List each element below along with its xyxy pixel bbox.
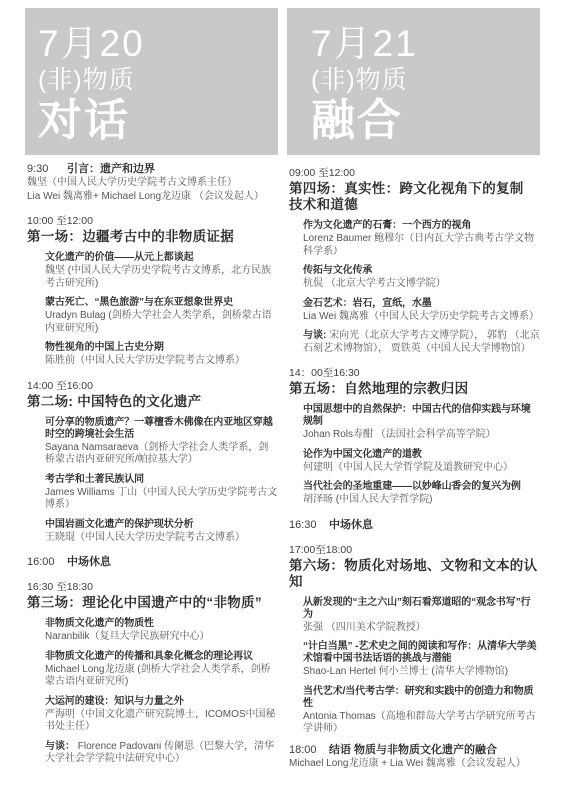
talk-speaker: Lorenz Baumer 鲍穆尔（日内瓦大学古典考古学文物科学系） xyxy=(303,233,540,258)
talk-item: 考古学和土著民族认同James Williams 丁山（中国人民大学历史学院考古… xyxy=(45,474,278,512)
program-column-july20: 7月20 (非)物质 对话 9:30引言：遗产和边界魏坚（中国人民大学历史学院考… xyxy=(25,8,278,800)
session-talks: 非物质文化遗产的物质性Naranbilik（复旦大学民族研究中心）非物质文化遗产… xyxy=(27,618,278,766)
session-talks: 作为文化遗产的石膏：一个西方的视角Lorenz Baumer 鲍穆尔（日内瓦大学… xyxy=(289,220,540,355)
break-item: 16:00中场休息 xyxy=(27,556,278,569)
session-time: 16:30 至18:30 xyxy=(27,581,278,593)
break-item: 16:30中场休息 xyxy=(289,519,540,532)
session-time: 09:00 至12:00 xyxy=(289,167,540,179)
schedule-july20: 9:30引言：遗产和边界魏坚（中国人民大学历史学院考古文博系主任）Lia Wei… xyxy=(25,163,278,766)
talk-title: 非物质文化遗产的物质性 xyxy=(45,618,278,630)
talk-title: 金石艺术：岩石，宣纸，水墨 xyxy=(303,298,540,310)
talk-item: 当代社会的圣地重建——以妙峰山香会的复兴为例胡泽旸 (中国人民大学哲学院) xyxy=(303,481,540,507)
program-event: 9:30引言：遗产和边界魏坚（中国人民大学历史学院考古文博系主任）Lia Wei… xyxy=(27,163,278,203)
event-head: 9:30引言：遗产和边界 xyxy=(27,163,278,176)
talk-title: 中国思想中的自然保护：中国古代的信仰实践与环境规制 xyxy=(303,404,540,428)
session-title: 第一场：边疆考古中的非物质证据 xyxy=(27,229,278,245)
talk-speaker: 张强 （四川美术学院教授） xyxy=(303,622,540,635)
day-header-july21: 7月21 (非)物质 融合 xyxy=(287,8,540,155)
event-time: 9:30 xyxy=(27,163,67,175)
talk-speaker: Johan Rols寿酣 （法国社会科学高等学院） xyxy=(303,429,540,442)
session-talks: 可分享的物质遗产？一尊檀香木佛像在内亚地区穿越时空的跨境社会生活Sayana N… xyxy=(27,417,278,545)
event-title: 结语 物质与非物质文化遗产的融合 xyxy=(329,744,497,756)
session-block: 14:00 至16:00第二场: 中国特色的文化遗产可分享的物质遗产？一尊檀香木… xyxy=(27,380,278,545)
talk-item: 中国岩画文化遗产的保护现状分析王晓琨（中国人民大学历史学院考古文博系） xyxy=(45,519,278,545)
talk-title: 可分享的物质遗产？一尊檀香木佛像在内亚地区穿越时空的跨境社会生活 xyxy=(45,417,278,441)
talk-speaker: James Williams 丁山（中国人民大学历史学院考古文博系） xyxy=(45,487,278,512)
event-title: 引言：遗产和边界 xyxy=(67,163,155,175)
talk-title: 传拓与文化传承 xyxy=(303,265,540,277)
talk-item: 非物质文化遗产的物质性Naranbilik（复旦大学民族研究中心） xyxy=(45,618,278,644)
program-column-july21: 7月21 (非)物质 融合 09:00 至12:00第四场：真实性：跨文化视角下… xyxy=(287,8,540,800)
session-block: 10:00 至12:00第一场：边疆考古中的非物质证据文化遗产的价值——从元上都… xyxy=(27,215,278,368)
day-header-july20: 7月20 (非)物质 对话 xyxy=(25,8,278,155)
talk-speaker: 胡泽旸 (中国人民大学哲学院) xyxy=(303,494,540,507)
program-event: 18:00结语 物质与非物质文化遗产的融合Michael Long龙迈康 + L… xyxy=(289,744,540,771)
talk-item: 物性视角的中国上古史分期陈胜前（中国人民大学历史学院考古文博系） xyxy=(45,342,278,368)
talk-item: 中国思想中的自然保护：中国古代的信仰实践与环境规制Johan Rols寿酣 （法… xyxy=(303,404,540,442)
conference-program-page: 7月20 (非)物质 对话 9:30引言：遗产和边界魏坚（中国人民大学历史学院考… xyxy=(0,0,566,800)
talk-speaker: 王晓琨（中国人民大学历史学院考古文博系） xyxy=(45,532,278,545)
talk-title: 作为文化遗产的石膏：一个西方的视角 xyxy=(303,220,540,232)
session-title: 第二场: 中国特色的文化遗产 xyxy=(27,394,278,410)
talk-title: 大运河的建设：知识与力量之外 xyxy=(45,696,278,708)
talk-title: 当代社会的圣地重建——以妙峰山香会的复兴为例 xyxy=(303,481,540,493)
break-label: 中场休息 xyxy=(329,519,373,531)
session-talks: 从新发现的“主之六山”刻石看郑道昭的“观念书写”行为张强 （四川美术学院教授）“… xyxy=(289,597,540,736)
discussant-label: 与谈： xyxy=(45,741,78,752)
discussant-text: Florence Padovani 传阑思（巴黎大学，清华大学社会学学院中法研究… xyxy=(45,741,274,765)
session-title: 第六场：物质化对场地、文物和文本的认知 xyxy=(289,558,540,590)
talk-item: 可分享的物质遗产？一尊檀香木佛像在内亚地区穿越时空的跨境社会生活Sayana N… xyxy=(45,417,278,467)
day-date: 7月20 xyxy=(38,23,278,65)
talk-item: “计白当黑” -艺术史之间的阅读和写作：从清华大学美术馆看中国书法话语的挑战与潜… xyxy=(303,641,540,679)
session-title: 第五场：自然地理的宗教归因 xyxy=(289,381,540,397)
talk-speaker: Antonia Thomas（高地和群岛大学考古学研究所考古学讲师） xyxy=(303,711,540,736)
day-theme: 融合 xyxy=(311,96,540,146)
discussant-item: 与谈： Florence Padovani 传阑思（巴黎大学，清华大学社会学学院… xyxy=(45,741,278,766)
day-theme: 对话 xyxy=(38,96,278,146)
talk-item: 从新发现的“主之六山”刻石看郑道昭的“观念书写”行为张强 （四川美术学院教授） xyxy=(303,597,540,635)
talk-title: 文化遗产的价值——从元上都谈起 xyxy=(45,252,278,264)
session-talks: 文化遗产的价值——从元上都谈起魏坚 (中国人民大学历史学院考古文博系，北方民族考… xyxy=(27,252,278,368)
session-time: 10:00 至12:00 xyxy=(27,215,278,227)
talk-speaker: Michael Long龙迈康 (剑桥大学社会人类学系，剑桥蒙古语内亚研究所) xyxy=(45,664,278,689)
talk-speaker: Sayana Namsaraeva（剑桥大学社会人类学系，剑桥蒙古语内亚研究所/… xyxy=(45,442,278,467)
day-date: 7月21 xyxy=(311,23,540,65)
session-title: 第三场：理论化中国遗产中的“非物质” xyxy=(27,595,278,611)
speaker-line: Michael Long龙迈康 + Lia Wei 魏离雅（会议发起人） xyxy=(289,758,540,771)
talk-speaker: 严海明（中国文化遗产研究院博士，ICOMOS中国秘书处主任） xyxy=(45,709,278,734)
event-head: 18:00结语 物质与非物质文化遗产的融合 xyxy=(289,744,540,757)
talk-title: 蒙古死亡、“黑色旅游”与在东亚想象世界史 xyxy=(45,297,278,309)
session-time: 17:00至18:00 xyxy=(289,544,540,556)
day-series: (非)物质 xyxy=(38,65,278,96)
day-series: (非)物质 xyxy=(311,65,540,96)
discussant-label: 与谈: xyxy=(303,330,329,341)
talk-title: 考古学和土著民族认同 xyxy=(45,474,278,486)
talk-title: 当代艺术/当代考古学：研究和实践中的创造力和物质性 xyxy=(303,686,540,710)
session-time: 14：00至16:30 xyxy=(289,367,540,379)
session-talks: 中国思想中的自然保护：中国古代的信仰实践与环境规制Johan Rols寿酣 （法… xyxy=(289,404,540,507)
break-time: 16:30 xyxy=(289,519,329,531)
talk-title: 非物质文化遗产的传播和具象化概念的理论再议 xyxy=(45,651,278,663)
discussant-item: 与谈: 宋向光（北京大学考古文博学院）， 郭豹 （北京石刻艺术博物馆）， 贾铁英… xyxy=(303,330,540,355)
schedule-july21: 09:00 至12:00第四场：真实性：跨文化视角下的复制 技术和道德作为文化遗… xyxy=(287,167,540,770)
talk-item: 蒙古死亡、“黑色旅游”与在东亚想象世界史Uradyn Bulag (剑桥大学社会… xyxy=(45,297,278,335)
event-time: 18:00 xyxy=(289,744,329,756)
speaker-line: Lia Wei 魏离雅+ Michael Long龙迈康 （会议发起人） xyxy=(27,191,278,204)
talk-item: 论作为中国文化遗产的道教何建明（中国人民大学哲学院及道教研究中心） xyxy=(303,449,540,475)
talk-title: 物性视角的中国上古史分期 xyxy=(45,342,278,354)
break-label: 中场休息 xyxy=(67,556,111,568)
talk-speaker: Lia Wei 魏离雅（中国人民大学历史学院考古文博系） xyxy=(303,311,540,324)
talk-item: 传拓与文化传承杭侃 （北京大学考古文博学院） xyxy=(303,265,540,291)
discussant-text: 宋向光（北京大学考古文博学院）， 郭豹 （北京石刻艺术博物馆）， 贾铁英（中国人… xyxy=(303,330,540,354)
speaker-line: 魏坚（中国人民大学历史学院考古文博系主任） xyxy=(27,177,278,190)
talk-item: 作为文化遗产的石膏：一个西方的视角Lorenz Baumer 鲍穆尔（日内瓦大学… xyxy=(303,220,540,258)
session-block: 09:00 至12:00第四场：真实性：跨文化视角下的复制 技术和道德作为文化遗… xyxy=(289,167,540,355)
talk-item: 当代艺术/当代考古学：研究和实践中的创造力和物质性Antonia Thomas（… xyxy=(303,686,540,736)
break-time: 16:00 xyxy=(27,556,67,568)
talk-speaker: Naranbilik（复旦大学民族研究中心） xyxy=(45,631,278,644)
talk-title: 论作为中国文化遗产的道教 xyxy=(303,449,540,461)
talk-speaker: 何建明（中国人民大学哲学院及道教研究中心） xyxy=(303,462,540,475)
talk-title: 从新发现的“主之六山”刻石看郑道昭的“观念书写”行为 xyxy=(303,597,540,621)
talk-title: 中国岩画文化遗产的保护现状分析 xyxy=(45,519,278,531)
talk-item: 文化遗产的价值——从元上都谈起魏坚 (中国人民大学历史学院考古文博系，北方民族考… xyxy=(45,252,278,290)
talk-item: 大运河的建设：知识与力量之外严海明（中国文化遗产研究院博士，ICOMOS中国秘书… xyxy=(45,696,278,734)
session-title: 第四场：真实性：跨文化视角下的复制 技术和道德 xyxy=(289,181,540,213)
talk-speaker: Uradyn Bulag (剑桥大学社会人类学系，剑桥蒙古语内亚研究所) xyxy=(45,310,278,335)
talk-item: 金石艺术：岩石，宣纸，水墨Lia Wei 魏离雅（中国人民大学历史学院考古文博系… xyxy=(303,298,540,324)
talk-speaker: Shao-Lan Hertel 何小兰博士 (清华大学博物馆) xyxy=(303,666,540,679)
session-block: 17:00至18:00第六场：物质化对场地、文物和文本的认知从新发现的“主之六山… xyxy=(289,544,540,736)
talk-speaker: 魏坚 (中国人民大学历史学院考古文博系，北方民族考古研究所) xyxy=(45,265,278,290)
session-time: 14:00 至16:00 xyxy=(27,380,278,392)
session-block: 16:30 至18:30第三场：理论化中国遗产中的“非物质”非物质文化遗产的物质… xyxy=(27,581,278,766)
talk-item: 非物质文化遗产的传播和具象化概念的理论再议Michael Long龙迈康 (剑桥… xyxy=(45,651,278,689)
talk-speaker: 杭侃 （北京大学考古文博学院） xyxy=(303,278,540,291)
session-block: 14：00至16:30第五场：自然地理的宗教归因中国思想中的自然保护：中国古代的… xyxy=(289,367,540,507)
talk-speaker: 陈胜前（中国人民大学历史学院考古文博系） xyxy=(45,355,278,368)
talk-title: “计白当黑” -艺术史之间的阅读和写作：从清华大学美术馆看中国书法话语的挑战与潜… xyxy=(303,641,540,665)
